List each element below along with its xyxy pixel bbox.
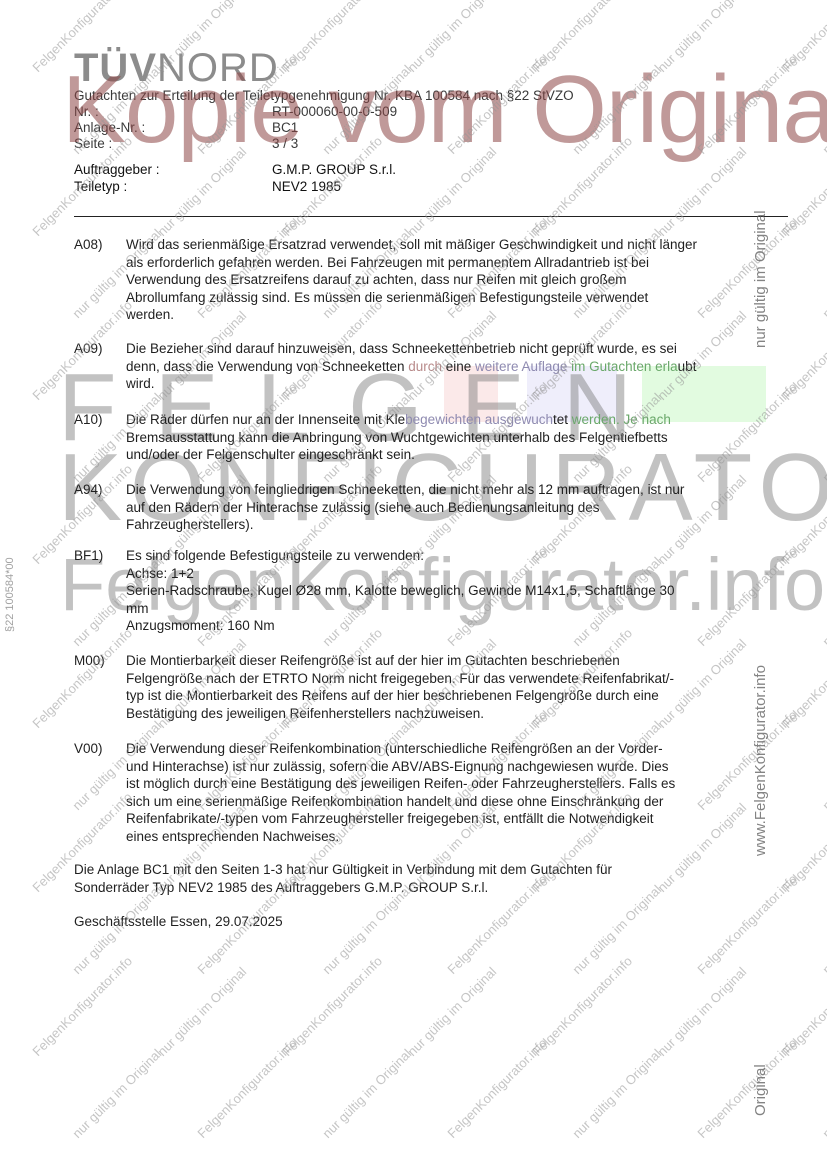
diagonal-watermark: nur gültig im Original (819, 882, 827, 977)
place-and-date: Geschäftsstelle Essen, 29.07.2025 (74, 913, 790, 931)
text-line: mm (126, 600, 790, 618)
field-label-teiletyp: Teiletyp : (74, 179, 127, 195)
text-line: Verwendung des Ersatzreifens darauf zu a… (126, 271, 790, 289)
text-line: Abrollumfang zulässig sind. Es müssen di… (126, 289, 790, 307)
text-line: ist möglich durch eine Bestätigung des j… (126, 775, 790, 793)
diagonal-watermark: nur gültig im Original (569, 62, 664, 157)
report-title: Gutachten zur Erteilung der Teiletypgene… (74, 88, 574, 104)
diagonal-watermark: FelgenKonfigurator.info (444, 51, 550, 157)
diagonal-watermark: nur gültig im Original (654, 0, 749, 75)
section-a09: A09) Die Bezieher sind darauf hinzuweise… (74, 340, 790, 393)
document-page: FELGEN KONFIGURATOR FelgenKonfigurator.i… (0, 0, 827, 1169)
section-a08: A08) Wird das serienmäßige Ersatzrad ver… (74, 236, 790, 324)
section-text: Die Montierbarkeit dieser Reifengröße is… (126, 652, 790, 722)
section-m00: M00) Die Montierbarkeit dieser Reifengrö… (74, 652, 790, 722)
diagonal-watermark: nur gültig im Original (819, 62, 827, 157)
text-line: Fahrzeugherstellers). (126, 516, 790, 534)
diagonal-watermark: FelgenKonfigurator.info (529, 133, 635, 239)
text-line: und Hinterachse) ist nur zulässig, sofer… (126, 758, 790, 776)
closing-statement: Die Anlage BC1 mit den Seiten 1-3 hat nu… (74, 861, 790, 896)
section-code: A08) (74, 236, 126, 254)
section-a94: A94) Die Verwendung von feingliedrigen S… (74, 481, 790, 534)
text-line: werden. (126, 306, 790, 324)
field-label-seite: Seite : (74, 136, 112, 152)
text-run: Die Räder dürfen nur an der Innenseite m… (126, 412, 405, 427)
section-code: A10) (74, 411, 126, 429)
text-run: weitere Auflage (475, 359, 567, 374)
text-line: Die Bezieher sind darauf hinzuweisen, da… (126, 340, 790, 358)
watermark-vertical-right-top: nur gültig im Original (752, 210, 769, 348)
tuv-nord-logo: TÜVNORD (74, 48, 279, 88)
section-text: Die Verwendung von feingliedrigen Schnee… (126, 481, 790, 534)
section-text: Die Verwendung dieser Reifenkombination … (126, 740, 790, 845)
text-line: Bremsausstattung kann die Anbringung von… (126, 429, 790, 447)
text-line: typ ist die Montierbarkeit des Reifens a… (126, 687, 790, 705)
header-divider (74, 216, 788, 217)
text-run: denn, dass die Verwendung von Schneekett… (126, 359, 408, 374)
watermark-vertical-left: §22 100584*00 (4, 557, 16, 632)
section-text: Wird das serienmäßige Ersatzrad verwende… (126, 236, 790, 324)
text-run: durch (408, 359, 442, 374)
text-line: Bestätigung des jeweiligen Reifenherstel… (126, 705, 790, 723)
text-line: Die Räder dürfen nur an der Innenseite m… (126, 411, 790, 429)
diagonal-watermark: FelgenKonfigurator.info (694, 1035, 800, 1141)
text-run: ubt (678, 359, 697, 374)
text-line: Serien-Radschraube, Kugel Ø28 mm, Kalott… (126, 582, 790, 600)
diagonal-watermark: FelgenKonfigurator.info (279, 953, 385, 1059)
diagonal-watermark: FelgenKonfigurator.info (694, 51, 800, 157)
logo-light-text: NORD (157, 46, 279, 90)
diagonal-watermark: nur gültig im Original (404, 964, 499, 1059)
text-line: Anzugsmoment: 160 Nm (126, 617, 790, 635)
section-code: BF1) (74, 547, 126, 565)
diagonal-watermark: nur gültig im Original (654, 964, 749, 1059)
text-line: und/oder der Felgenschulter eingeschränk… (126, 446, 790, 464)
section-bf1: BF1) Es sind folgende Befestigungsteile … (74, 547, 790, 635)
diagonal-watermark: nur gültig im Original (819, 390, 827, 485)
diagonal-watermark: nur gültig im Original (69, 1046, 164, 1141)
text-run: tet (553, 412, 572, 427)
section-code: M00) (74, 652, 126, 670)
diagonal-watermark: nur gültig im Original (819, 554, 827, 649)
diagonal-watermark: nur gültig im Original (154, 144, 249, 239)
text-run: begewichten ausgewuch (405, 412, 553, 427)
text-line: eines entsprechenden Nachweises. (126, 828, 790, 846)
field-value-teiletyp: NEV2 1985 (272, 179, 341, 195)
diagonal-watermark: nur gültig im Original (819, 718, 827, 813)
diagonal-watermark: nur gültig im Original (819, 1046, 827, 1141)
text-run: werden. Je nach (572, 412, 671, 427)
text-line: Reifenfabrikate/-typen vom Fahrzeugherst… (126, 810, 790, 828)
section-code: A94) (74, 481, 126, 499)
text-line: Achse: 1+2 (126, 565, 790, 583)
field-value-seite: 3 / 3 (272, 136, 298, 152)
diagonal-watermark: FelgenKonfigurator.info (779, 953, 827, 1059)
field-value-anlage: BC1 (272, 120, 298, 136)
diagonal-watermark: nur gültig im Original (404, 144, 499, 239)
section-code: V00) (74, 740, 126, 758)
text-line: als erforderlich gefahren werden. Bei Fa… (126, 254, 790, 272)
text-line: Die Anlage BC1 mit den Seiten 1-3 hat nu… (74, 861, 790, 879)
diagonal-watermark: nur gültig im Original (654, 144, 749, 239)
field-label-nr: Nr. : (74, 104, 99, 120)
text-line: Es sind folgende Befestigungsteile zu ve… (126, 547, 790, 565)
field-label-auftraggeber: Auftraggeber : (74, 162, 160, 178)
diagonal-watermark: FelgenKonfigurator.info (779, 0, 827, 75)
diagonal-watermark: FelgenKonfigurator.info (529, 0, 635, 75)
diagonal-watermark: FelgenKonfigurator.info (279, 0, 385, 75)
diagonal-watermark: nur gültig im Original (569, 1046, 664, 1141)
diagonal-watermark: nur gültig im Original (154, 964, 249, 1059)
text-line: sich um eine serienmäßige Reifenkombinat… (126, 793, 790, 811)
text-line: auf den Rädern der Hinterachse zulässig … (126, 499, 790, 517)
text-line: Die Montierbarkeit dieser Reifengröße is… (126, 652, 790, 670)
field-value-auftraggeber: G.M.P. GROUP S.r.l. (272, 162, 396, 178)
watermark-vertical-right-bottom: Original (752, 1064, 769, 1116)
section-a10: A10) Die Räder dürfen nur an der Innense… (74, 411, 790, 464)
section-text: Die Räder dürfen nur an der Innenseite m… (126, 411, 790, 464)
diagonal-watermark: FelgenKonfigurator.info (529, 953, 635, 1059)
logo-bold-text: TÜV (74, 46, 157, 90)
text-run: eine (442, 359, 475, 374)
section-v00: V00) Die Verwendung dieser Reifenkombina… (74, 740, 790, 845)
diagonal-watermark: FelgenKonfigurator.info (194, 1035, 300, 1141)
diagonal-watermark: nur gültig im Original (319, 1046, 414, 1141)
text-line: Sonderräder Typ NEV2 1985 des Auftraggeb… (74, 879, 790, 897)
diagonal-watermark: nur gültig im Original (404, 0, 499, 75)
diagonal-watermark: nur gültig im Original (819, 226, 827, 321)
text-line: Die Verwendung von feingliedrigen Schnee… (126, 481, 790, 499)
text-line: Die Verwendung dieser Reifenkombination … (126, 740, 790, 758)
text-line: Felgengröße nach der ETRTO Norm nicht fr… (126, 670, 790, 688)
text-line: Wird das serienmäßige Ersatzrad verwende… (126, 236, 790, 254)
diagonal-watermark: FelgenKonfigurator.info (444, 1035, 550, 1141)
watermark-vertical-right-mid: www.FelgenKonfigurator.info (752, 665, 769, 856)
field-value-nr: RT-000060-00-0-509 (272, 104, 397, 120)
diagonal-watermark: FelgenKonfigurator.info (779, 133, 827, 239)
field-label-anlage: Anlage-Nr. : (74, 120, 145, 136)
section-text: Es sind folgende Befestigungsteile zu ve… (126, 547, 790, 635)
diagonal-watermark: FelgenKonfigurator.info (29, 953, 135, 1059)
text-run: im Gutachten erla (571, 359, 678, 374)
section-text: Die Bezieher sind darauf hinzuweisen, da… (126, 340, 790, 393)
text-line: denn, dass die Verwendung von Schneekett… (126, 358, 790, 376)
section-code: A09) (74, 340, 126, 358)
text-line: wird. (126, 375, 790, 393)
